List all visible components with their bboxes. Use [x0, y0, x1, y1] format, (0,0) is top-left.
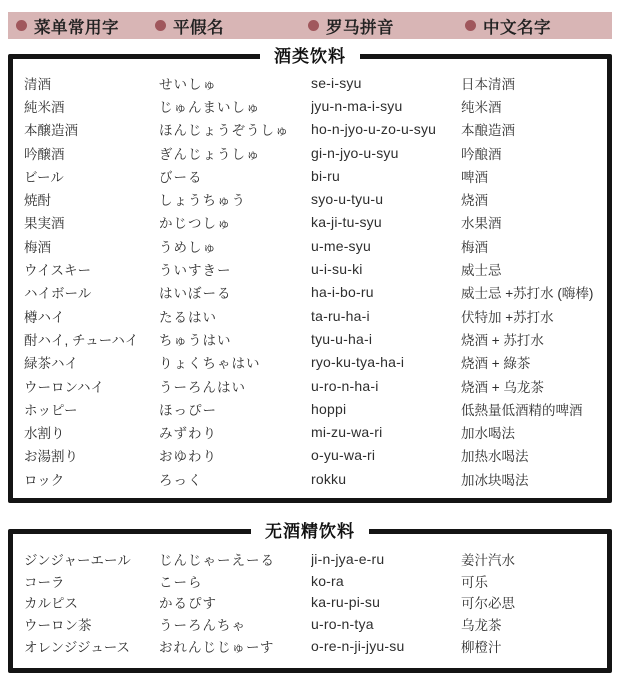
column-header-hiragana: 平假名 — [155, 14, 308, 38]
cell-romaji: syo-u-tyu-u — [311, 191, 461, 207]
cell-hiragana: たるはい — [159, 306, 311, 326]
cell-hiragana: りょくちゃはい — [159, 352, 311, 372]
table-row: 純米酒 じゅんまいしゅ jyu-n-ma-i-syu 纯米酒 — [24, 94, 601, 117]
cell-chinese-name: 水果酒 — [461, 212, 601, 232]
cell-romaji: mi-zu-wa-ri — [311, 424, 461, 440]
cell-hiragana: しょうちゅう — [159, 189, 311, 209]
cell-romaji: ko-ra — [311, 573, 461, 589]
cell-chinese-name: 啤酒 — [461, 166, 601, 186]
cell-chinese-name: 乌龙茶 — [461, 614, 601, 634]
cell-chinese-name: 柳橙汁 — [461, 636, 601, 656]
table-row: ビール びーる bi-ru 啤酒 — [24, 164, 601, 187]
cell-romaji: hoppi — [311, 401, 461, 417]
table-row: 緑茶ハイ りょくちゃはい ryo-ku-tya-ha-i 烧酒 + 綠茶 — [24, 351, 601, 374]
cell-romaji: jyu-n-ma-i-syu — [311, 98, 461, 114]
cell-chinese-name: 烧酒 + 苏打水 — [461, 329, 601, 349]
cell-menu-term: ジンジャーエール — [24, 549, 159, 569]
cell-menu-term: 梅酒 — [24, 236, 159, 256]
cell-menu-term: カルピス — [24, 592, 159, 612]
cell-menu-term: ホッピー — [24, 399, 159, 419]
cell-chinese-name: 可尔必思 — [461, 592, 601, 612]
cell-menu-term: 本醸造酒 — [24, 119, 159, 139]
cell-menu-term: オレンジジュース — [24, 636, 159, 656]
cell-hiragana: かじつしゅ — [159, 212, 311, 232]
cell-menu-term: 緑茶ハイ — [24, 352, 159, 372]
bullet-icon — [308, 20, 319, 31]
column-header-label: 平假名 — [173, 14, 224, 38]
cell-hiragana: ちゅうはい — [159, 329, 311, 349]
cell-chinese-name: 梅酒 — [461, 236, 601, 256]
table-row: カルピス かるぴす ka-ru-pi-su 可尔必思 — [24, 592, 601, 614]
cell-chinese-name: 加冰块喝法 — [461, 469, 601, 489]
bullet-icon — [465, 20, 476, 31]
cell-romaji: gi-n-jyo-u-syu — [311, 145, 461, 161]
cell-romaji: se-i-syu — [311, 75, 461, 91]
cell-chinese-name: 加水喝法 — [461, 422, 601, 442]
cell-romaji: rokku — [311, 471, 461, 487]
cell-menu-term: ウイスキー — [24, 259, 159, 279]
cell-chinese-name: 低熱量低酒精的啤酒 — [461, 399, 601, 419]
cell-hiragana: こーら — [159, 571, 311, 591]
cell-hiragana: うーろんちゃ — [159, 614, 311, 634]
cell-romaji: u-me-syu — [311, 238, 461, 254]
table-row: 梅酒 うめしゅ u-me-syu 梅酒 — [24, 234, 601, 257]
cell-menu-term: 純米酒 — [24, 96, 159, 116]
cell-menu-term: 果実酒 — [24, 212, 159, 232]
cell-romaji: o-yu-wa-ri — [311, 447, 461, 463]
cell-chinese-name: 本酿造酒 — [461, 119, 601, 139]
cell-chinese-name: 伏特加 +苏打水 — [461, 306, 601, 326]
cell-chinese-name: 烧酒 + 乌龙茶 — [461, 376, 601, 396]
table-row: コーラ こーら ko-ra 可乐 — [24, 570, 601, 592]
table-row: ハイボール はいぼーる ha-i-bo-ru 威士忌 +苏打水 (嗨棒) — [24, 281, 601, 304]
alcoholic-drinks-table: 清酒 せいしゅ se-i-syu 日本清酒 純米酒 じゅんまいしゅ jyu-n-… — [24, 71, 601, 490]
table-row: ウーロン茶 うーろんちゃ u-ro-n-tya 乌龙茶 — [24, 613, 601, 635]
cell-romaji: tyu-u-ha-i — [311, 331, 461, 347]
cell-hiragana: おれんじじゅーす — [159, 636, 311, 656]
cell-menu-term: コーラ — [24, 571, 159, 591]
page: 菜单常用字 平假名 罗马拼音 中文名字 酒类饮料 清酒 せいしゅ se-i-sy… — [0, 0, 620, 691]
cell-romaji: ka-ji-tu-syu — [311, 214, 461, 230]
section-title: 无酒精饮料 — [251, 520, 369, 544]
cell-hiragana: おゆわり — [159, 445, 311, 465]
column-header-menu-term: 菜单常用字 — [16, 14, 155, 38]
cell-menu-term: 清酒 — [24, 73, 159, 93]
table-row: 果実酒 かじつしゅ ka-ji-tu-syu 水果酒 — [24, 211, 601, 234]
table-row: ウーロンハイ うーろんはい u-ro-n-ha-i 烧酒 + 乌龙茶 — [24, 374, 601, 397]
cell-chinese-name: 姜汁汽水 — [461, 549, 601, 569]
table-row: オレンジジュース おれんじじゅーす o-re-n-ji-jyu-su 柳橙汁 — [24, 635, 601, 657]
table-row: 酎ハイ, チューハイ ちゅうはい tyu-u-ha-i 烧酒 + 苏打水 — [24, 327, 601, 350]
table-row: ジンジャーエール じんじゃーえーる ji-n-jya-e-ru 姜汁汽水 — [24, 548, 601, 570]
bullet-icon — [16, 20, 27, 31]
section-title: 酒类饮料 — [260, 45, 360, 69]
cell-hiragana: うーろんはい — [159, 376, 311, 396]
bullet-icon — [155, 20, 166, 31]
cell-romaji: u-ro-n-ha-i — [311, 378, 461, 394]
cell-hiragana: はいぼーる — [159, 282, 311, 302]
cell-hiragana: うめしゅ — [159, 236, 311, 256]
cell-romaji: ha-i-bo-ru — [311, 284, 461, 300]
table-row: 焼酎 しょうちゅう syo-u-tyu-u 烧酒 — [24, 187, 601, 210]
cell-menu-term: 樽ハイ — [24, 306, 159, 326]
cell-chinese-name: 威士忌 +苏打水 (嗨棒) — [461, 282, 601, 302]
column-header-label: 罗马拼音 — [326, 14, 394, 38]
table-row: 樽ハイ たるはい ta-ru-ha-i 伏特加 +苏打水 — [24, 304, 601, 327]
column-header-chinese: 中文名字 — [465, 14, 612, 38]
cell-romaji: o-re-n-ji-jyu-su — [311, 638, 461, 654]
cell-menu-term: ウーロン茶 — [24, 614, 159, 634]
section-non-alcoholic-drinks: 无酒精饮料 ジンジャーエール じんじゃーえーる ji-n-jya-e-ru 姜汁… — [8, 529, 612, 673]
table-row: ロック ろっく rokku 加冰块喝法 — [24, 467, 601, 490]
cell-menu-term: ロック — [24, 469, 159, 489]
column-header-label: 菜单常用字 — [34, 14, 119, 38]
table-row: お湯割り おゆわり o-yu-wa-ri 加热水喝法 — [24, 444, 601, 467]
cell-chinese-name: 吟酿酒 — [461, 143, 601, 163]
cell-hiragana: みずわり — [159, 422, 311, 442]
cell-hiragana: ほっぴー — [159, 399, 311, 419]
column-header-label: 中文名字 — [483, 14, 551, 38]
cell-romaji: ryo-ku-tya-ha-i — [311, 354, 461, 370]
cell-menu-term: 水割り — [24, 422, 159, 442]
cell-menu-term: 酎ハイ, チューハイ — [24, 329, 159, 349]
table-row: ホッピー ほっぴー hoppi 低熱量低酒精的啤酒 — [24, 397, 601, 420]
cell-romaji: ta-ru-ha-i — [311, 308, 461, 324]
cell-chinese-name: 日本清酒 — [461, 73, 601, 93]
cell-menu-term: 吟醸酒 — [24, 143, 159, 163]
cell-hiragana: びーる — [159, 166, 311, 186]
cell-romaji: u-ro-n-tya — [311, 616, 461, 632]
cell-chinese-name: 威士忌 — [461, 259, 601, 279]
cell-menu-term: ハイボール — [24, 282, 159, 302]
cell-chinese-name: 加热水喝法 — [461, 445, 601, 465]
table-row: 清酒 せいしゅ se-i-syu 日本清酒 — [24, 71, 601, 94]
cell-menu-term: 焼酎 — [24, 189, 159, 209]
cell-menu-term: ウーロンハイ — [24, 376, 159, 396]
table-row: ウイスキー ういすきー u-i-su-ki 威士忌 — [24, 257, 601, 280]
cell-hiragana: ういすきー — [159, 259, 311, 279]
column-header-bar: 菜单常用字 平假名 罗马拼音 中文名字 — [8, 12, 612, 39]
cell-menu-term: ビール — [24, 166, 159, 186]
cell-hiragana: かるぴす — [159, 592, 311, 612]
cell-hiragana: ろっく — [159, 469, 311, 489]
cell-hiragana: ほんじょうぞうしゅ — [159, 119, 311, 139]
table-row: 本醸造酒 ほんじょうぞうしゅ ho-n-jyo-u-zo-u-syu 本酿造酒 — [24, 118, 601, 141]
cell-hiragana: せいしゅ — [159, 73, 311, 93]
cell-romaji: bi-ru — [311, 168, 461, 184]
cell-chinese-name: 烧酒 — [461, 189, 601, 209]
cell-romaji: ji-n-jya-e-ru — [311, 551, 461, 567]
cell-chinese-name: 纯米酒 — [461, 96, 601, 116]
cell-hiragana: ぎんじょうしゅ — [159, 143, 311, 163]
table-row: 吟醸酒 ぎんじょうしゅ gi-n-jyo-u-syu 吟酿酒 — [24, 141, 601, 164]
cell-romaji: ho-n-jyo-u-zo-u-syu — [311, 121, 461, 137]
cell-menu-term: お湯割り — [24, 445, 159, 465]
table-row: 水割り みずわり mi-zu-wa-ri 加水喝法 — [24, 420, 601, 443]
cell-chinese-name: 可乐 — [461, 571, 601, 591]
column-header-romaji: 罗马拼音 — [308, 14, 465, 38]
cell-hiragana: じゅんまいしゅ — [159, 96, 311, 116]
non-alcoholic-drinks-table: ジンジャーエール じんじゃーえーる ji-n-jya-e-ru 姜汁汽水 コーラ… — [24, 548, 601, 656]
cell-hiragana: じんじゃーえーる — [159, 549, 311, 569]
cell-chinese-name: 烧酒 + 綠茶 — [461, 352, 601, 372]
cell-romaji: ka-ru-pi-su — [311, 594, 461, 610]
cell-romaji: u-i-su-ki — [311, 261, 461, 277]
section-alcoholic-drinks: 酒类饮料 清酒 せいしゅ se-i-syu 日本清酒 純米酒 じゅんまいしゅ j… — [8, 54, 612, 503]
